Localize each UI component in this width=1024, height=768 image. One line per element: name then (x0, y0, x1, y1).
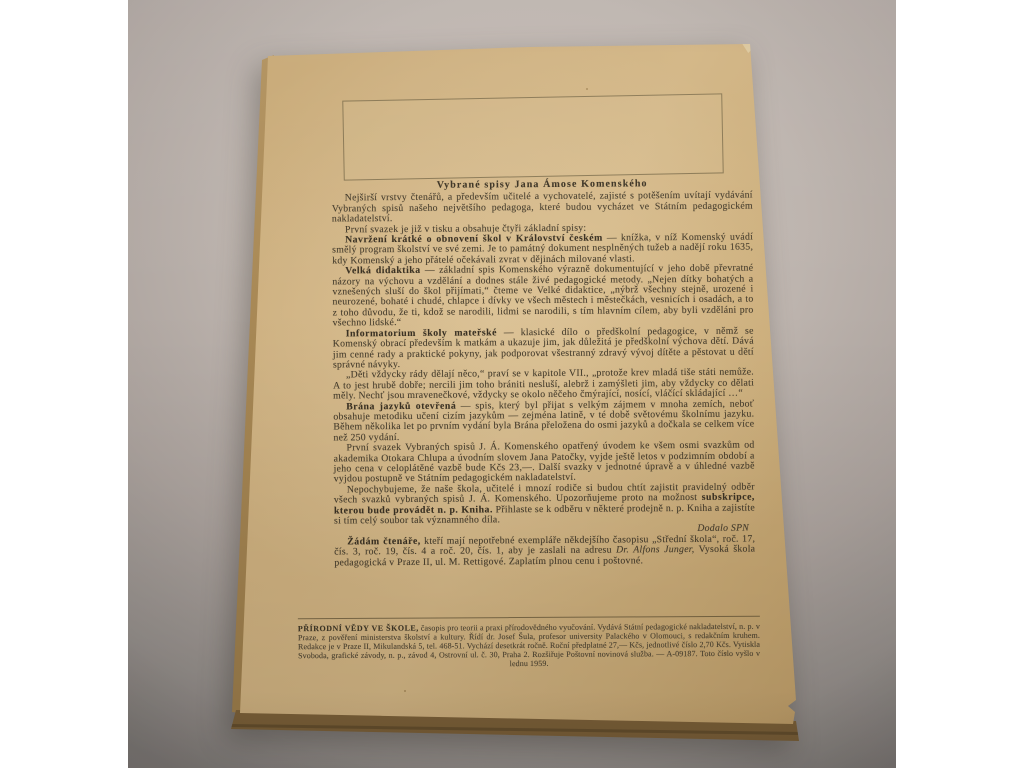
paragraph-velka-didaktika: Velká didaktika — základní spis Komenské… (332, 264, 753, 329)
page-shadow: Vybrané spisy Jana Ámose Komenského Nejš… (128, 0, 896, 768)
paragraph-brana-jazyku: Brána jazyků otevřená — spis, který byl … (333, 399, 754, 444)
paragraph-subskripce: Nepochybujeme, že naše škola, učitelé i … (334, 482, 755, 527)
paper-speck (404, 690, 406, 692)
paragraph-citation: „Děti vždycky rády dělají něco,“ praví s… (333, 368, 754, 402)
paragraph-intro: Nejširší vrstvy čtenářů, a především uči… (332, 191, 753, 225)
paper-speck (586, 88, 588, 90)
imprint-colophon: PŘÍRODNÍ VĚDY VE ŠKOLE, časopis pro teor… (298, 616, 760, 670)
paragraph-zadam-ctenare: Žádám čtenáře, kteří mají nepotřebné exe… (334, 534, 755, 568)
empty-address-box (342, 93, 723, 180)
booklet-back-cover: Vybrané spisy Jana Ámose Komenského Nejš… (128, 0, 896, 768)
paragraph-informatorium: Informatorium školy mateřské — klasické … (333, 326, 754, 371)
photo-backdrop: Vybrané spisy Jana Ámose Komenského Nejš… (128, 0, 896, 768)
paragraph-prvni-svazek: První svazek Vybraných spisů J. Á. Komen… (333, 441, 754, 486)
torn-corner-top-right (739, 41, 756, 54)
paragraph-navrzeni: Navržení krátké o obnovení škol v Králov… (332, 233, 753, 267)
screenshot-stage: Vybrané spisy Jana Ámose Komenského Nejš… (0, 0, 1024, 768)
text-block: Vybrané spisy Jana Ámose Komenského Nejš… (332, 179, 756, 569)
